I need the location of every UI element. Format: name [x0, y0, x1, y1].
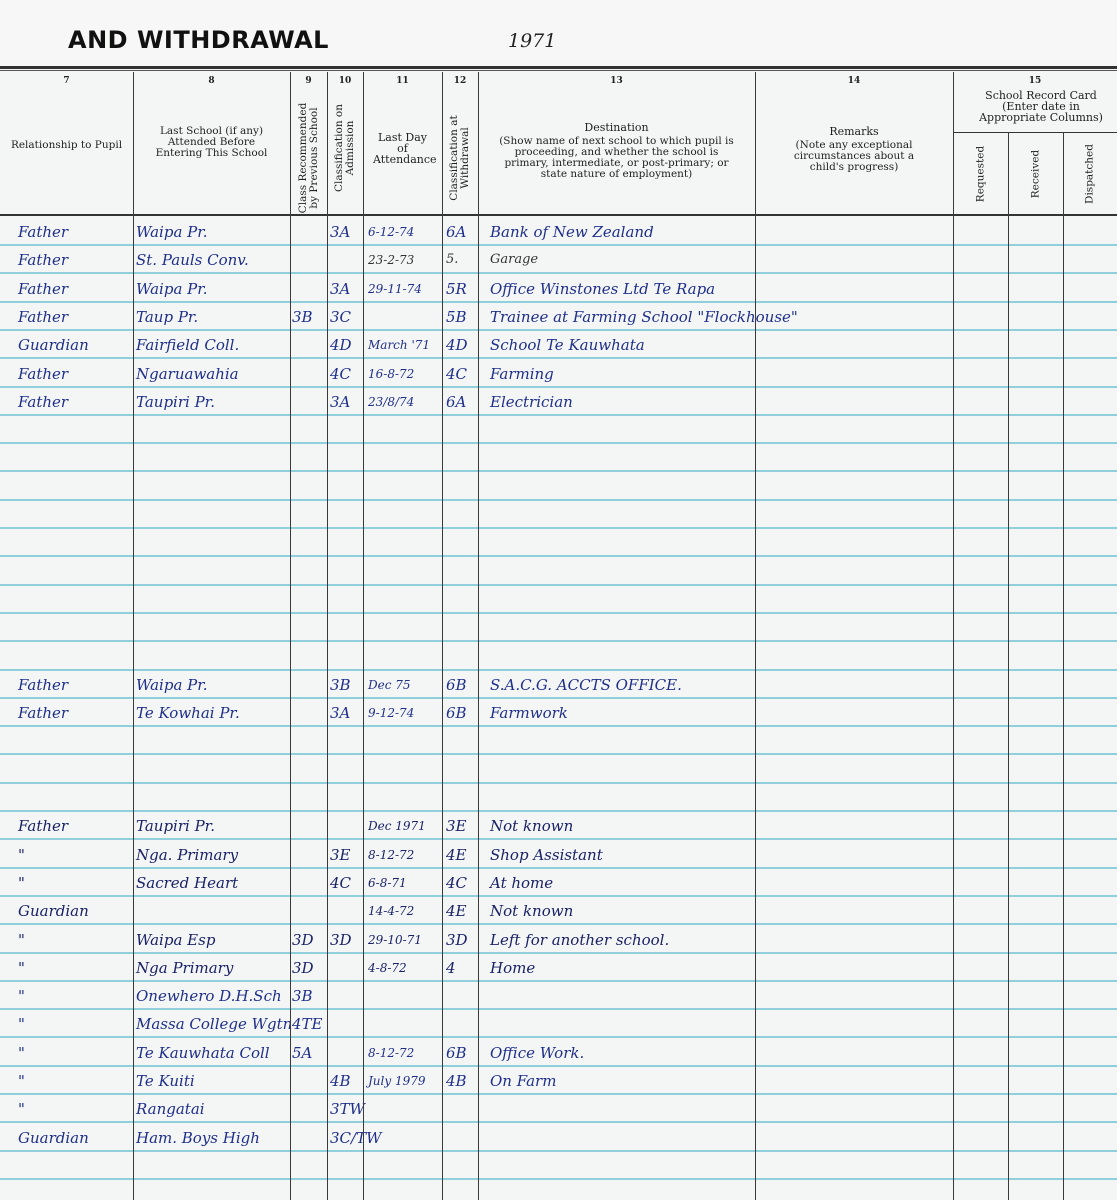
cell-destination: At home — [490, 869, 553, 897]
table-row: GuardianFairfield Coll.4DMarch '714DScho… — [0, 331, 1117, 359]
header-col-8: 8 Last School (if any) Attended Before E… — [133, 70, 290, 216]
cell-class-withdrawal: 4D — [446, 331, 468, 359]
cell-last-school: Te Kowhai Pr. — [136, 699, 240, 727]
cell-class-recommended: 5A — [292, 1039, 312, 1067]
ruled-line — [0, 442, 1117, 444]
header-col-11: 11 Last Day of Attendance — [363, 70, 442, 216]
table-row: "Massa College Wgtn4TE — [0, 1010, 1117, 1038]
col-label-remarks: (Note any exceptional circumstances abou… — [785, 140, 923, 173]
cell-destination: Shop Assistant — [490, 841, 603, 869]
subcol-requested: Requested — [953, 132, 1008, 216]
cell-destination: Bank of New Zealand — [490, 218, 654, 246]
table-row: "Te Kauwhata Coll5A8-12-726BOffice Work. — [0, 1039, 1117, 1067]
cell-relationship: Guardian — [18, 331, 89, 359]
col-number: 7 — [0, 76, 133, 87]
col-title-remarks: Remarks — [757, 126, 951, 137]
cell-destination: Not known — [490, 812, 573, 840]
col-label-relationship: Relationship to Pupil — [2, 140, 131, 151]
ruled-line — [0, 1178, 1117, 1180]
cell-class-withdrawal: 4B — [446, 1067, 467, 1095]
table-row: Guardian14-4-724ENot known — [0, 897, 1117, 925]
subcol-label: Received — [1030, 150, 1041, 198]
col-number: 9 — [290, 76, 327, 87]
cell-last-school: St. Pauls Conv. — [136, 246, 249, 274]
cell-relationship: Guardian — [18, 897, 89, 925]
cell-class-recommended: 3D — [292, 954, 314, 982]
cell-class-withdrawal: 4C — [446, 360, 467, 388]
ruled-line — [0, 555, 1117, 557]
col-number: 12 — [442, 76, 478, 87]
cell-class-withdrawal: 5B — [446, 303, 467, 331]
table-row: FatherSt. Pauls Conv.23-2-735.Garage — [0, 246, 1117, 274]
column-divider — [442, 72, 443, 1200]
ledger-body: FatherWaipa Pr.3A6-12-746ABank of New Ze… — [0, 216, 1117, 1200]
cell-destination: S.A.C.G. ACCTS OFFICE. — [490, 671, 682, 699]
cell-class-withdrawal: 6A — [446, 388, 466, 416]
cell-class-withdrawal: 5R — [446, 275, 467, 303]
table-row: FatherWaipa Pr.3A6-12-746ABank of New Ze… — [0, 218, 1117, 246]
header-col-7: 7 Relationship to Pupil — [0, 70, 133, 216]
col-label-class-withdrawal: Classification at Withdrawal — [449, 103, 471, 213]
col-label-last-day: Last Day of Attendance — [373, 132, 432, 165]
subcol-dispatched: Dispatched — [1063, 132, 1117, 216]
cell-class-admission: 4B — [330, 1067, 351, 1095]
subcol-label: Dispatched — [1085, 144, 1096, 204]
cell-last-school: Nga Primary — [136, 954, 233, 982]
header-col-14: 14 Remarks (Note any exceptional circums… — [755, 70, 953, 216]
cell-class-withdrawal: 5. — [446, 246, 458, 274]
table-row: FatherTe Kowhai Pr.3A9-12-746BFarmwork — [0, 699, 1117, 727]
cell-class-recommended: 3B — [292, 982, 313, 1010]
cell-destination: Farming — [490, 360, 554, 388]
table-row: FatherWaipa Pr.3A29-11-745ROffice Winsto… — [0, 275, 1117, 303]
cell-relationship: " — [18, 1067, 25, 1095]
column-divider — [1008, 132, 1009, 1200]
cell-class-recommended: 4TE — [292, 1010, 323, 1038]
cell-last-school: Ham. Boys High — [136, 1124, 260, 1152]
cell-last-school: Te Kuiti — [136, 1067, 195, 1095]
cell-class-withdrawal: 3E — [446, 812, 467, 840]
cell-class-withdrawal: 4 — [446, 954, 456, 982]
col-label-record-card: School Record Card (Enter date in Approp… — [975, 90, 1107, 123]
cell-relationship: Father — [18, 812, 68, 840]
cell-destination: Garage — [490, 246, 538, 274]
cell-last-day: 4-8-72 — [368, 954, 407, 982]
ruled-line — [0, 640, 1117, 642]
cell-last-school: Ngaruawahia — [136, 360, 239, 388]
cell-last-day: 29-11-74 — [368, 275, 422, 303]
cell-relationship: Father — [18, 218, 68, 246]
table-row: "Nga Primary3D4-8-724Home — [0, 954, 1117, 982]
cell-class-admission: 3A — [330, 218, 350, 246]
ruled-line — [0, 499, 1117, 501]
cell-destination: Electrician — [490, 388, 573, 416]
table-header: 7 Relationship to Pupil 8 Last School (i… — [0, 70, 1117, 216]
col-label-destination: (Show name of next school to which pupil… — [498, 136, 735, 180]
cell-last-day: 16-8-72 — [368, 360, 414, 388]
column-divider — [478, 72, 479, 1200]
col-number: 10 — [327, 76, 363, 87]
col-number: 13 — [478, 76, 755, 87]
col-number: 15 — [953, 76, 1117, 87]
table-row: GuardianHam. Boys High3C/TW — [0, 1124, 1117, 1152]
cell-last-school: Sacred Heart — [136, 869, 238, 897]
col-label-class-admission: Classification on Admission — [334, 93, 356, 203]
table-row: FatherTaupiri Pr.3A23/8/746AElectrician — [0, 388, 1117, 416]
cell-class-withdrawal: 4E — [446, 897, 467, 925]
header-top-rule — [0, 66, 1117, 69]
cell-relationship: Father — [18, 671, 68, 699]
cell-last-school: Fairfield Coll. — [136, 331, 239, 359]
cell-relationship: Father — [18, 699, 68, 727]
cell-last-school: Waipa Pr. — [136, 218, 208, 246]
header-col-12: 12 Classification at Withdrawal — [442, 70, 478, 216]
cell-class-admission: 3D — [330, 926, 352, 954]
cell-last-day: 14-4-72 — [368, 897, 414, 925]
cell-relationship: Father — [18, 246, 68, 274]
cell-last-day: July 1979 — [368, 1067, 426, 1095]
cell-last-day: Dec 75 — [368, 671, 411, 699]
cell-class-withdrawal: 6B — [446, 671, 467, 699]
cell-relationship: Father — [18, 388, 68, 416]
header-col-9: 9 Class Recommended by Previous School — [290, 70, 327, 216]
cell-relationship: " — [18, 926, 25, 954]
cell-destination: School Te Kauwhata — [490, 331, 645, 359]
cell-last-day: 9-12-74 — [368, 699, 414, 727]
cell-class-admission: 4D — [330, 331, 352, 359]
col-label-class-recommended: Class Recommended by Previous School — [298, 98, 320, 218]
cell-last-school: Onewhero D.H.Sch — [136, 982, 282, 1010]
cell-class-admission: 3C/TW — [330, 1124, 382, 1152]
cell-relationship: " — [18, 982, 25, 1010]
header-col-15: 15 School Record Card (Enter date in App… — [953, 70, 1117, 216]
cell-last-school: Nga. Primary — [136, 841, 238, 869]
column-divider — [953, 72, 954, 1200]
cell-relationship: " — [18, 841, 25, 869]
col-title-destination: Destination — [480, 122, 753, 133]
cell-last-day: 6-12-74 — [368, 218, 414, 246]
cell-last-school: Rangatai — [136, 1095, 205, 1123]
cell-class-withdrawal: 6B — [446, 699, 467, 727]
col-number: 8 — [133, 76, 290, 87]
ruled-line — [0, 753, 1117, 755]
subcol-received: Received — [1008, 132, 1063, 216]
cell-last-school: Waipa Esp — [136, 926, 215, 954]
ruled-line — [0, 612, 1117, 614]
col-label-last-school: Last School (if any) Attended Before Ent… — [151, 126, 272, 159]
cell-class-recommended: 3B — [292, 303, 313, 331]
cell-destination: On Farm — [490, 1067, 556, 1095]
column-divider — [1063, 132, 1064, 1200]
cell-relationship: Guardian — [18, 1124, 89, 1152]
column-divider — [327, 72, 328, 1200]
cell-relationship: " — [18, 1095, 25, 1123]
ruled-line — [0, 527, 1117, 529]
cell-last-day: 23-2-73 — [368, 246, 414, 274]
column-divider — [755, 72, 756, 1200]
col-number: 14 — [755, 76, 953, 87]
cell-last-day: 6-8-71 — [368, 869, 407, 897]
cell-class-withdrawal: 6A — [446, 218, 466, 246]
cell-last-day: Dec 1971 — [368, 812, 426, 840]
table-row: "Sacred Heart4C6-8-714CAt home — [0, 869, 1117, 897]
table-row: "Rangatai3TW — [0, 1095, 1117, 1123]
column-divider — [290, 72, 291, 1200]
cell-relationship: Father — [18, 303, 68, 331]
cell-class-recommended: 3D — [292, 926, 314, 954]
subcol-label: Requested — [975, 146, 986, 202]
cell-last-school: Te Kauwhata Coll — [136, 1039, 270, 1067]
col-number: 11 — [363, 76, 442, 87]
table-row: "Nga. Primary3E8-12-724EShop Assistant — [0, 841, 1117, 869]
cell-last-day: 8-12-72 — [368, 1039, 414, 1067]
cell-class-admission: 3E — [330, 841, 351, 869]
page-title: AND WITHDRAWAL — [68, 26, 329, 54]
cell-destination: Farmwork — [490, 699, 568, 727]
cell-class-withdrawal: 4E — [446, 841, 467, 869]
cell-relationship: " — [18, 954, 25, 982]
cell-last-school: Waipa Pr. — [136, 671, 208, 699]
cell-last-school: Massa College Wgtn — [136, 1010, 292, 1038]
ruled-line — [0, 584, 1117, 586]
cell-last-day: 8-12-72 — [368, 841, 414, 869]
cell-last-day: 23/8/74 — [368, 388, 414, 416]
cell-last-school: Taupiri Pr. — [136, 812, 215, 840]
table-row: "Waipa Esp3D3D29-10-713DLeft for another… — [0, 926, 1117, 954]
cell-class-withdrawal: 4C — [446, 869, 467, 897]
table-row: "Onewhero D.H.Sch3B — [0, 982, 1117, 1010]
table-row: FatherWaipa Pr.3BDec 756BS.A.C.G. ACCTS … — [0, 671, 1117, 699]
cell-destination: Trainee at Farming School "Flockhouse" — [490, 303, 798, 331]
cell-class-admission: 3TW — [330, 1095, 365, 1123]
cell-destination: Office Work. — [490, 1039, 584, 1067]
header-col-13: 13 Destination (Show name of next school… — [478, 70, 755, 216]
cell-relationship: " — [18, 1010, 25, 1038]
cell-destination: Left for another school. — [490, 926, 669, 954]
cell-relationship: " — [18, 869, 25, 897]
cell-relationship: Father — [18, 360, 68, 388]
table-row: FatherTaupiri Pr.Dec 19713ENot known — [0, 812, 1117, 840]
column-divider — [133, 72, 134, 1200]
cell-class-admission: 4C — [330, 869, 351, 897]
column-divider — [363, 72, 364, 1200]
ruled-line — [0, 470, 1117, 472]
cell-last-school: Taupiri Pr. — [136, 388, 215, 416]
header-col-10: 10 Classification on Admission — [327, 70, 363, 216]
cell-class-admission: 4C — [330, 360, 351, 388]
table-row: FatherTaup Pr.3B3C5BTrainee at Farming S… — [0, 303, 1117, 331]
ruled-line — [0, 782, 1117, 784]
cell-class-admission: 3A — [330, 699, 350, 727]
cell-last-school: Waipa Pr. — [136, 275, 208, 303]
cell-last-school: Taup Pr. — [136, 303, 198, 331]
cell-class-withdrawal: 6B — [446, 1039, 467, 1067]
table-row: FatherNgaruawahia4C16-8-724CFarming — [0, 360, 1117, 388]
cell-class-admission: 3A — [330, 388, 350, 416]
cell-class-admission: 3B — [330, 671, 351, 699]
cell-relationship: Father — [18, 275, 68, 303]
cell-relationship: " — [18, 1039, 25, 1067]
cell-class-admission: 3C — [330, 303, 351, 331]
table-row: "Te Kuiti4BJuly 19794BOn Farm — [0, 1067, 1117, 1095]
cell-destination: Home — [490, 954, 535, 982]
cell-class-admission: 3A — [330, 275, 350, 303]
year-annotation: 1971 — [508, 30, 556, 52]
cell-destination: Not known — [490, 897, 573, 925]
cell-last-day: March '71 — [368, 331, 430, 359]
cell-last-day: 29-10-71 — [368, 926, 422, 954]
cell-class-withdrawal: 3D — [446, 926, 468, 954]
cell-destination: Office Winstones Ltd Te Rapa — [490, 275, 715, 303]
